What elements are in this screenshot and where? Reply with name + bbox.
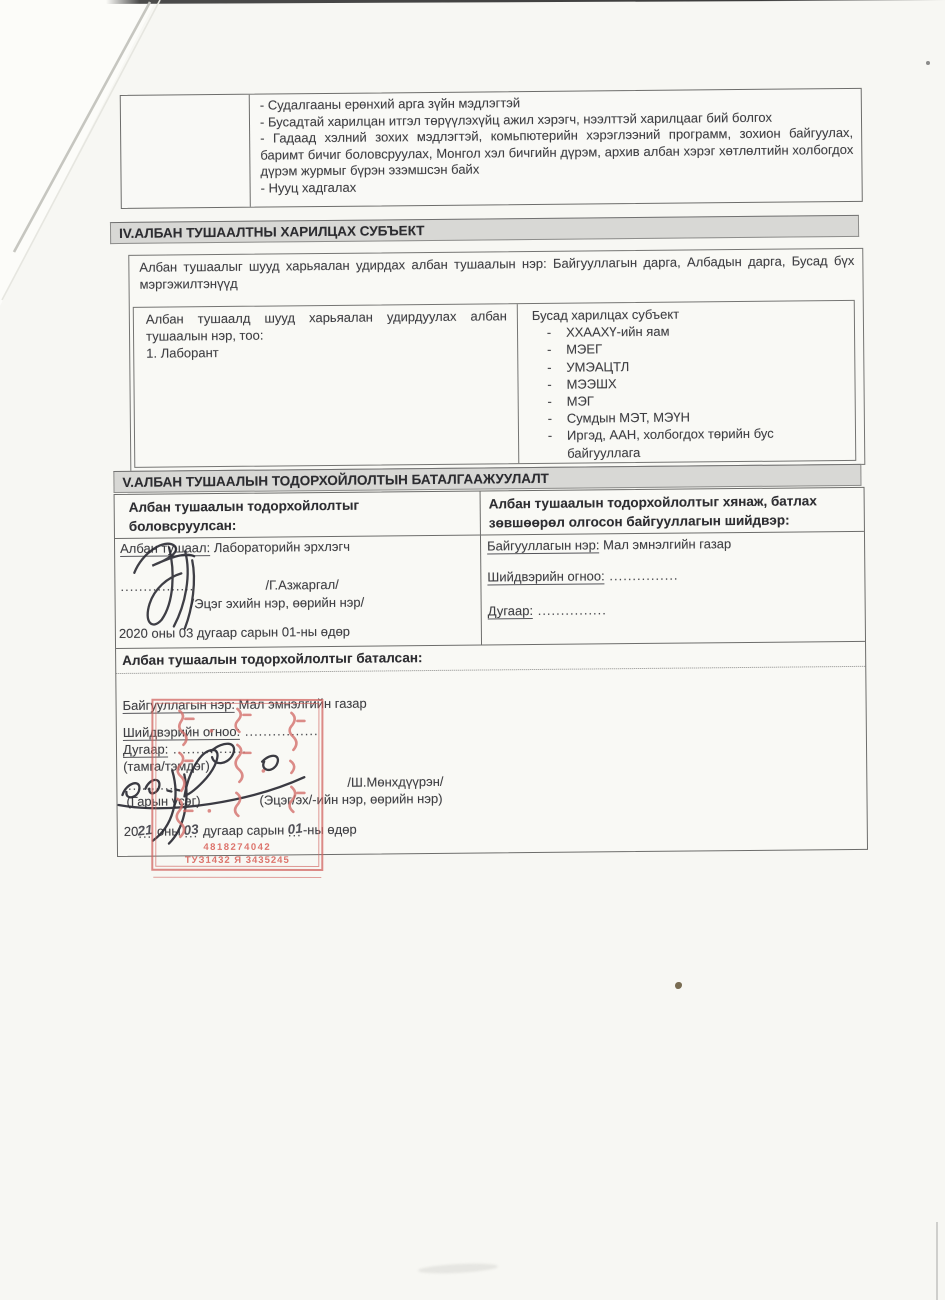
- dash-bullet: -: [533, 393, 567, 411]
- section4-intro-text: Албан тушаалыг шууд харьяалан удирдах ал…: [129, 249, 862, 293]
- review-cell: Байгууллагын нэр: Мал эмнэлгийн газар Ши…: [481, 532, 865, 645]
- developer-name: /Г.Азжаргал/: [265, 577, 339, 594]
- stamp-number-1: 4818274042: [151, 841, 323, 854]
- dash-bullet: -: [533, 410, 567, 428]
- section4-header: IV.АЛБАН ТУШААЛТНЫ ХАРИЛЦАХ СУБЪЕКТ: [110, 215, 859, 244]
- decision-date-line: Шийдвэрийн огноо: ...............: [487, 568, 678, 586]
- official-red-stamp: 4818274042 ТУЗ1432 Я 3435245: [151, 699, 323, 871]
- section4-table: Албан тушаалыг шууд харьяалан удирдах ал…: [128, 248, 865, 472]
- stamp-bottom-line: [153, 877, 321, 878]
- review-header-cell: Албан тушаалын тодорхойлолтыг хянаж, бат…: [481, 488, 864, 535]
- org-value: Мал эмнэлгийн газар: [599, 536, 731, 552]
- scanned-document-page: - Судалгааны ерөнхий арга зүйн мэдлэгтэй…: [0, 0, 945, 1300]
- org-label: Байгууллагын нэр:: [487, 537, 600, 554]
- contact-item-label: Иргэд, ААН, холбогдох төрийн бус байгуул…: [567, 424, 849, 461]
- decision-number-line: Дугаар: ...............: [488, 602, 607, 620]
- approver-name: /Ш.Мөнхдүүрэн/: [347, 774, 443, 791]
- decision-number-label: Дугаар:: [488, 603, 534, 619]
- dash-bullet: -: [532, 324, 566, 342]
- section4-inner-table: Албан тушаалд шууд харьяалан удирдуулах …: [133, 300, 857, 468]
- qualifications-table: - Судалгааны ерөнхий арга зүйн мэдлэгтэй…: [120, 88, 863, 209]
- subordinates-header: Албан тушаалд шууд харьяалан удирдуулах …: [146, 308, 507, 344]
- dust-speck: [926, 61, 930, 65]
- dash-bullet: -: [532, 376, 566, 394]
- decision-date-label: Шийдвэрийн огноо:: [487, 568, 604, 585]
- decision-number-dots: ...............: [533, 602, 607, 618]
- stamp-number-2: ТУЗ1432 Я 3435245: [151, 854, 323, 867]
- dash-bullet: -: [532, 358, 566, 376]
- fold-crease-lines: [0, 0, 200, 330]
- contacts-cell: Бусад харилцах субъект -ХХААХҮ-ийн яам -…: [518, 301, 856, 463]
- dash-bullet: -: [533, 427, 567, 462]
- decision-date-dots: ...............: [605, 568, 679, 584]
- signature-1-image: [122, 530, 247, 637]
- contact-item: -Иргэд, ААН, холбогдох төрийн бус байгуу…: [533, 424, 849, 461]
- qualifications-list-cell: - Судалгааны ерөнхий арга зүйн мэдлэгтэй…: [250, 89, 862, 207]
- org-line: Байгууллагын нэр: Мал эмнэлгийн газар: [487, 536, 731, 555]
- dash-bullet: -: [532, 341, 566, 359]
- scan-edge-artifact: [936, 1222, 938, 1300]
- qualification-bullet: - Гадаад хэлний зохих мэдлэгтэй, комьпют…: [260, 125, 853, 180]
- subordinate-item: 1. Лаборант: [146, 342, 507, 362]
